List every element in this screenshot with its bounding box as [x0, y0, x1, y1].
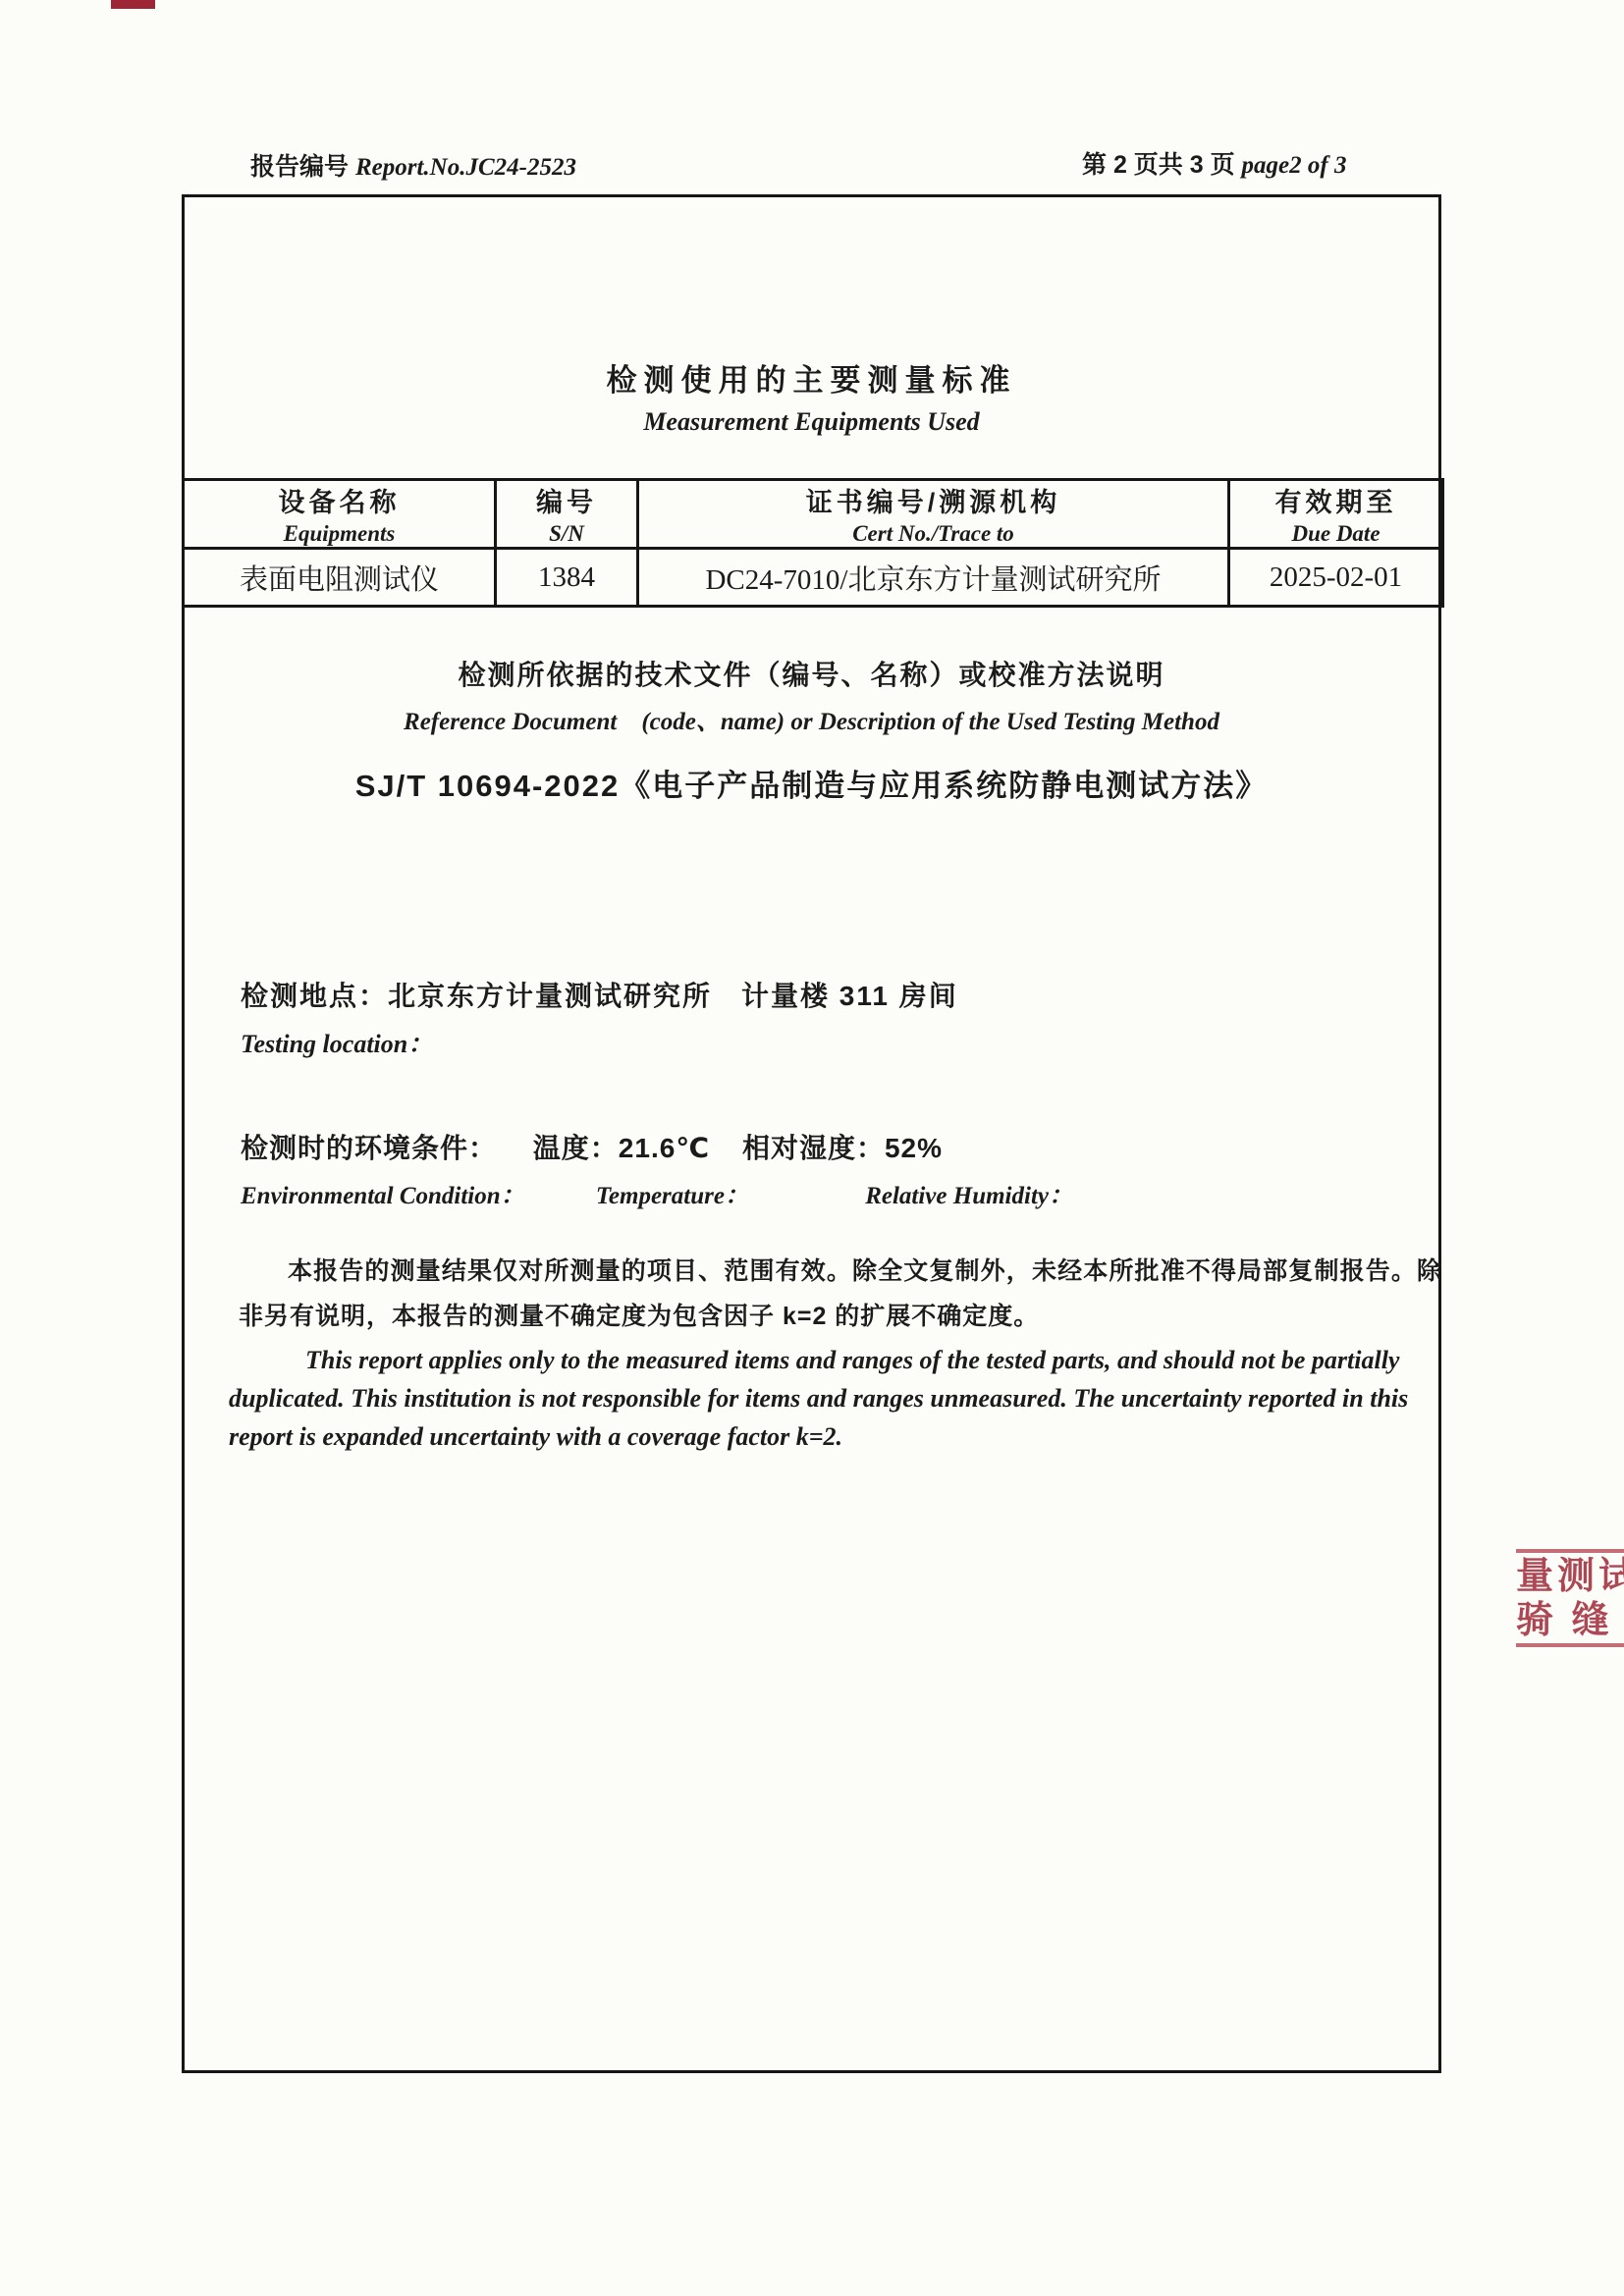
reference-section: 检测所依据的技术文件（编号、名称）或校准方法说明 Reference Docum…: [182, 654, 1441, 805]
col-header-cert-en: Cert No./Trace to: [639, 521, 1227, 547]
testing-location-label-en: Testing location：: [241, 1024, 958, 1060]
equipment-title-en: Measurement Equipments Used: [182, 407, 1441, 437]
cell-cert-no: DC24-7010/北京东方计量测试研究所: [638, 549, 1229, 607]
temperature-value: 温度：21.6℃: [533, 1133, 710, 1163]
col-header-cert: 证书编号/溯源机构 Cert No./Trace to: [638, 480, 1229, 549]
col-header-equipments-cn: 设备名称: [185, 481, 494, 519]
equipment-table-header-row: 设备名称 Equipments 编号 S/N 证书编号/溯源机构 Cert No…: [184, 480, 1443, 549]
equipment-section-title: 检测使用的主要测量标准 Measurement Equipments Used: [182, 355, 1441, 437]
humidity-label-en: Relative Humidity：: [865, 1183, 1073, 1209]
reference-document: SJ/T 10694-2022《电子产品制造与应用系统防静电测试方法》: [182, 761, 1441, 805]
cell-serial-number: 1384: [496, 549, 638, 607]
paging-seal-line2: 骑 缝: [1516, 1599, 1624, 1643]
environment-section: 检测时的环境条件： 温度：21.6℃ 相对湿度：52% Environmenta…: [241, 1127, 1073, 1211]
equipment-table: 设备名称 Equipments 编号 S/N 证书编号/溯源机构 Cert No…: [182, 478, 1444, 608]
report-number-value: Report.No.JC24-2523: [355, 154, 576, 181]
equipment-title-cn: 检测使用的主要测量标准: [182, 355, 1441, 400]
col-header-due-date-cn: 有效期至: [1230, 481, 1441, 519]
equipment-table-row: 表面电阻测试仪 1384 DC24-7010/北京东方计量测试研究所 2025-…: [184, 549, 1443, 607]
disclaimer-cn: 本报告的测量结果仅对所测量的项目、范围有效。除全文复制外，未经本所批准不得局部复…: [239, 1249, 1442, 1339]
cell-due-date: 2025-02-01: [1229, 549, 1443, 607]
page-indicator-en: page2 of 3: [1242, 152, 1347, 179]
scan-red-mark: [111, 0, 155, 9]
col-header-sn-cn: 编号: [497, 481, 636, 519]
report-number-label-cn: 报告编号: [250, 153, 349, 181]
page-indicator: 第 2 页共 3 页 page2 of 3: [1082, 145, 1346, 181]
reference-title-cn: 检测所依据的技术文件（编号、名称）或校准方法说明: [182, 654, 1441, 693]
col-header-cert-cn: 证书编号/溯源机构: [639, 481, 1227, 519]
environment-label-en: Environmental Condition：: [241, 1183, 525, 1209]
temperature-label-en: Temperature：: [596, 1183, 749, 1209]
environment-line-cn: 检测时的环境条件： 温度：21.6℃ 相对湿度：52%: [241, 1127, 1073, 1166]
page-indicator-cn: 第 2 页共 3 页: [1082, 151, 1235, 179]
humidity-value: 相对湿度：52%: [742, 1133, 943, 1163]
reference-title-en: Reference Document (code、name) or Descri…: [182, 702, 1441, 737]
paging-seal-line1: 量测试: [1516, 1555, 1624, 1599]
col-header-due-date-en: Due Date: [1230, 521, 1441, 547]
col-header-sn: 编号 S/N: [496, 480, 638, 549]
col-header-sn-en: S/N: [497, 521, 636, 547]
report-page: 报告编号 Report.No.JC24-2523 第 2 页共 3 页 page…: [0, 0, 1624, 2296]
report-number: 报告编号 Report.No.JC24-2523: [250, 147, 576, 183]
environment-line-en: Environmental Condition： Temperature： Re…: [241, 1176, 1073, 1211]
environment-label-cn: 检测时的环境条件：: [241, 1133, 497, 1163]
paging-seal-stamp: 量测试 骑 缝: [1516, 1549, 1624, 1647]
disclaimer-en: This report applies only to the measured…: [229, 1341, 1429, 1456]
col-header-equipments-en: Equipments: [185, 521, 494, 547]
testing-location-cn: 检测地点：北京东方计量测试研究所 计量楼 311 房间: [241, 975, 958, 1014]
cell-equipment-name: 表面电阻测试仪: [184, 549, 496, 607]
col-header-due-date: 有效期至 Due Date: [1229, 480, 1443, 549]
testing-location-section: 检测地点：北京东方计量测试研究所 计量楼 311 房间 Testing loca…: [241, 975, 958, 1060]
col-header-equipments: 设备名称 Equipments: [184, 480, 496, 549]
